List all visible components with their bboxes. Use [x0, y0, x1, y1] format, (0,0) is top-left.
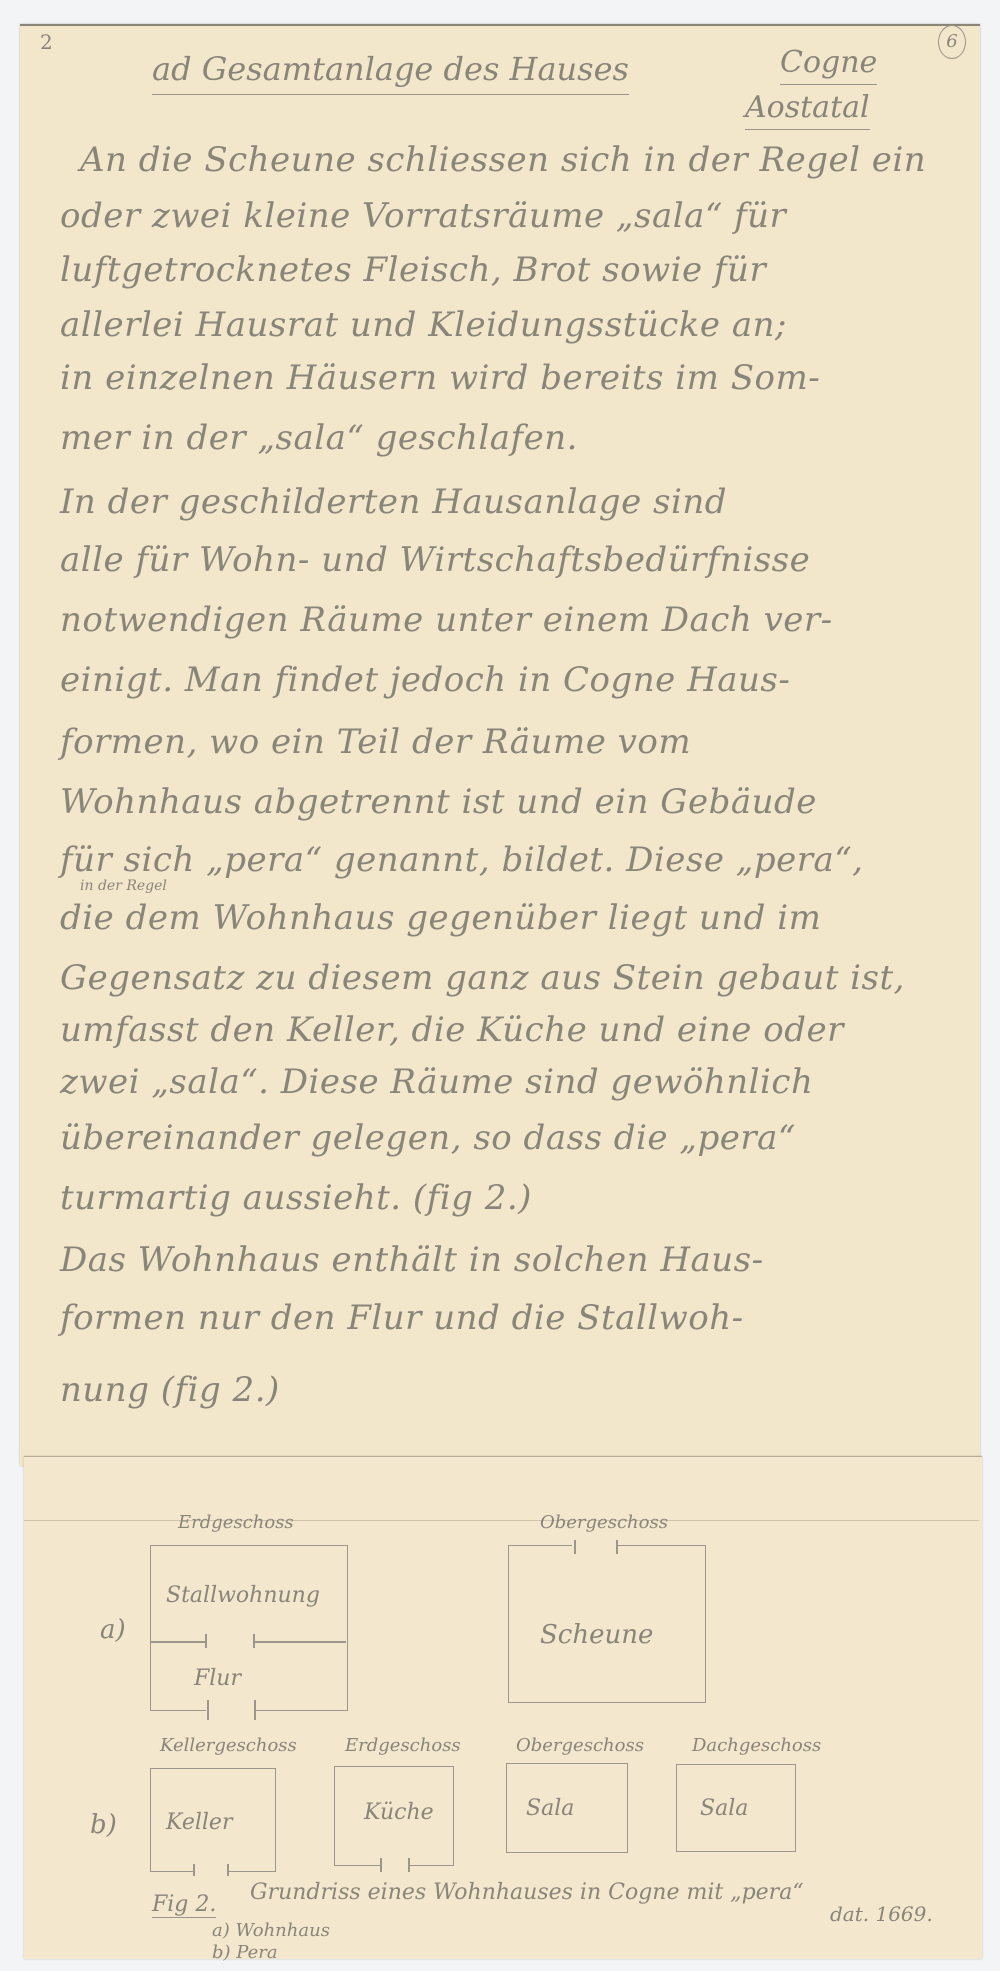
text-line: zwei „sala“. Diese Räume sind gewöhnlich: [60, 1062, 813, 1102]
text-line: allerlei Hausrat und Kleidungsstücke an;: [60, 305, 787, 345]
legend-b: b) Pera: [212, 1942, 278, 1963]
text-line: Wohnhaus abgetrennt ist und ein Gebäude: [60, 782, 817, 822]
room-flur: Flur: [194, 1666, 241, 1691]
text-line: Gegensatz zu diesem ganz aus Stein gebau…: [60, 958, 905, 998]
caption-text: Grundriss eines Wohnhauses in Cogne mit …: [250, 1880, 804, 1905]
text-line: die dem Wohnhaus gegenüber liegt und im: [60, 898, 821, 938]
erdgeschoss-outline: [150, 1545, 348, 1711]
floor-heading: Dachgeschoss: [692, 1735, 821, 1756]
floor-heading: Obergeschoss: [516, 1735, 644, 1756]
text-line: einigt. Man findet jedoch in Cogne Haus-: [60, 660, 790, 700]
door-jamb: [574, 1540, 576, 1554]
room-sala: Sala: [700, 1796, 748, 1821]
legend-a: a) Wohnhaus: [212, 1920, 330, 1941]
text-line: mer in der „sala“ geschlafen.: [60, 418, 578, 458]
text-line: turmartig aussieht. (fig 2.): [60, 1178, 532, 1218]
door-jamb: [616, 1540, 618, 1554]
text-line: übereinander gelegen, so dass die „pera“: [60, 1118, 796, 1158]
interior-wall: [253, 1641, 346, 1643]
door-jamb: [254, 1700, 256, 1720]
fig-label: Fig 2.: [152, 1892, 216, 1918]
floor-heading-obergeschoss: Obergeschoss: [540, 1512, 668, 1533]
door-jamb: [207, 1700, 209, 1720]
floor-heading: Kellergeschoss: [160, 1735, 297, 1756]
text-line: für sich „pera“ genannt, bildet. Diese „…: [60, 840, 863, 880]
interior-wall: [150, 1641, 206, 1643]
room-stallwohnung: Stallwohnung: [166, 1583, 320, 1608]
place-name: Cogne: [780, 45, 877, 85]
room-kueche: Küche: [364, 1800, 434, 1825]
region-name: Aostatal: [745, 90, 870, 130]
text-line: An die Scheune schliessen sich in der Re…: [80, 140, 926, 180]
caption-date: dat. 1669.: [830, 1902, 933, 1926]
room-sala: Sala: [526, 1796, 574, 1821]
text-line: notwendigen Räume unter einem Dach ver-: [60, 600, 833, 640]
text-line: Das Wohnhaus enthält in solchen Haus-: [60, 1240, 764, 1280]
room-scheune: Scheune: [540, 1620, 653, 1650]
floor-heading: Erdgeschoss: [345, 1735, 461, 1756]
text-line: alle für Wohn- und Wirtschaftsbedürfniss…: [60, 540, 810, 580]
text-line: nung (fig 2.): [60, 1370, 280, 1410]
text-line: umfasst den Keller, die Küche und eine o…: [60, 1010, 844, 1050]
text-line: In der geschilderten Hausanlage sind: [60, 482, 727, 522]
text-line: formen, wo ein Teil der Räume vom: [60, 722, 691, 762]
circled-sheet-number: 6: [938, 25, 966, 59]
row-a-label: a): [100, 1615, 126, 1645]
room-keller: Keller: [166, 1810, 232, 1835]
text-line: in einzelnen Häusern wird bereits im Som…: [60, 358, 820, 398]
row-b-label: b): [90, 1810, 117, 1840]
floor-heading-erdgeschoss: Erdgeschoss: [178, 1512, 294, 1533]
page-number: 2: [40, 30, 53, 54]
text-line: luftgetrocknetes Fleisch, Brot sowie für: [60, 250, 766, 290]
text-line: oder zwei kleine Vorratsräume „sala“ für: [60, 196, 786, 236]
text-line: formen nur den Flur und die Stallwoh-: [60, 1298, 744, 1338]
paper-fold-line: [24, 1520, 979, 1521]
inserted-note: in der Regel: [80, 878, 167, 894]
page-title: ad Gesamtanlage des Hauses: [152, 50, 629, 95]
